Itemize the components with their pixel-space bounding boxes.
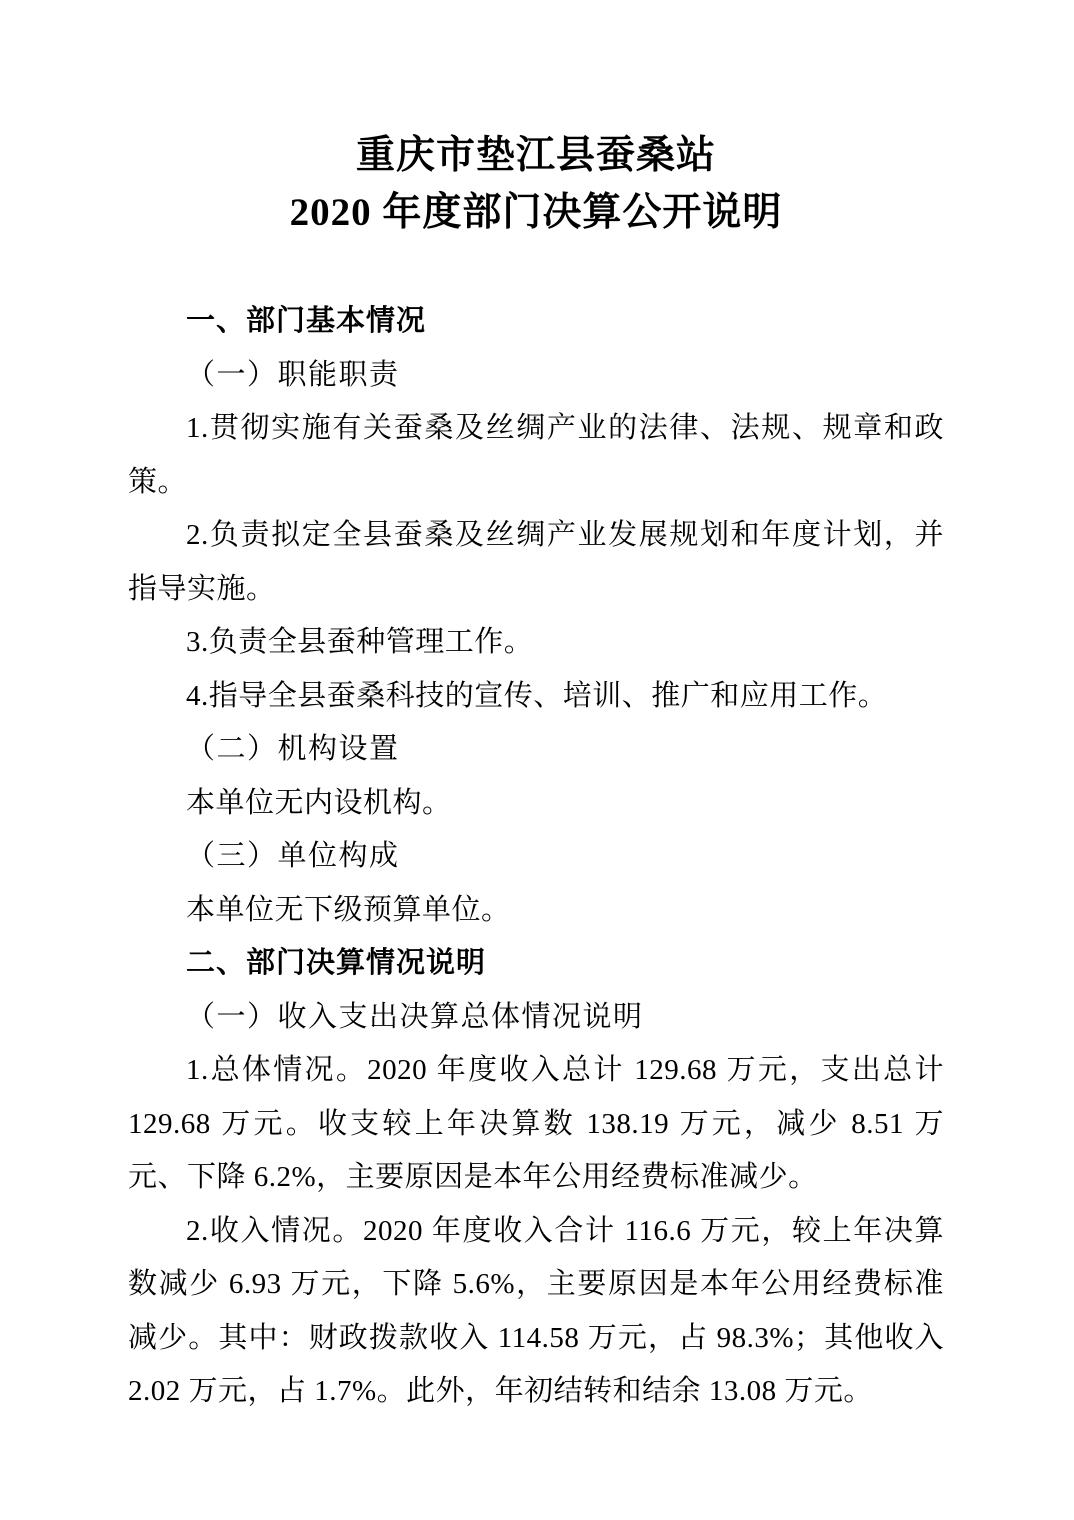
paragraph-overall-situation: 1.总体情况。2020 年度收入总计 129.68 万元，支出总计 129.68… (128, 1044, 944, 1205)
subheading-org-structure: （二）机构设置 (128, 723, 944, 777)
paragraph-org-structure: 本单位无内设机构。 (128, 777, 944, 831)
heading-final-accounts: 二、部门决算情况说明 (128, 937, 944, 991)
title-line-2: 2020 年度部门决算公开说明 (290, 191, 783, 234)
paragraph-income-situation: 2.收入情况。2020 年度收入合计 116.6 万元，较上年决算数减少 6.9… (128, 1205, 944, 1419)
subheading-duties: （一）职能职责 (128, 349, 944, 403)
paragraph-duty-4: 4.指导全县蚕桑科技的宣传、培训、推广和应用工作。 (128, 670, 944, 724)
paragraph-duty-1: 1.贯彻实施有关蚕桑及丝绸产业的法律、法规、规章和政策。 (128, 402, 944, 509)
document-title: 重庆市垫江县蚕桑站 2020 年度部门决算公开说明 (128, 127, 944, 241)
document-body: 一、部门基本情况 （一）职能职责 1.贯彻实施有关蚕桑及丝绸产业的法律、法规、规… (128, 295, 944, 1419)
paragraph-unit-composition: 本单位无下级预算单位。 (128, 884, 944, 938)
heading-dept-basic-info: 一、部门基本情况 (128, 295, 944, 349)
document-page: 重庆市垫江县蚕桑站 2020 年度部门决算公开说明 一、部门基本情况 （一）职能… (0, 0, 1074, 1520)
paragraph-duty-3: 3.负责全县蚕种管理工作。 (128, 616, 944, 670)
subheading-income-expense: （一）收入支出决算总体情况说明 (128, 991, 944, 1045)
title-line-1: 重庆市垫江县蚕桑站 (356, 134, 716, 177)
paragraph-duty-2: 2.负责拟定全县蚕桑及丝绸产业发展规划和年度计划，并指导实施。 (128, 509, 944, 616)
subheading-unit-composition: （三）单位构成 (128, 830, 944, 884)
